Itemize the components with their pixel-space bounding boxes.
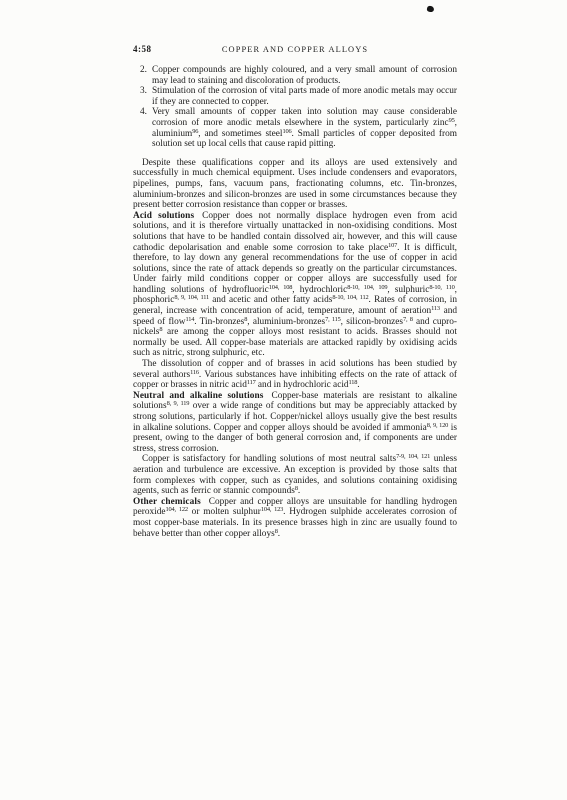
page-number: 4:58: [133, 44, 152, 54]
reference-superscript: 8-10, 104, 112: [332, 294, 368, 301]
list-item: 4.Very small amounts of copper taken int…: [133, 107, 457, 149]
reference-superscript: 8-10, 104, 109: [347, 284, 387, 291]
reference-superscript: 96: [192, 128, 198, 135]
reference-superscript: 106: [282, 128, 291, 135]
list-item-number: 3.: [140, 86, 152, 107]
section-paragraph: Neutral and alkaline solutionsCopper-bas…: [133, 391, 457, 455]
paragraph: The dissolution of copper and of brasses…: [133, 359, 457, 391]
list-item: 2.Copper compounds are highly coloured, …: [133, 65, 457, 86]
reference-superscript: 8-10, 110: [429, 284, 454, 291]
reference-superscript: 117: [247, 379, 256, 386]
reference-superscript: 8, 9, 104, 111: [174, 294, 209, 301]
scan-artifact: [426, 5, 434, 12]
reference-superscript: 7, 8: [403, 316, 413, 323]
section-paragraph: Other chemicalsCopper and copper alloys …: [133, 497, 457, 539]
reference-superscript: 8: [159, 326, 162, 333]
list-item-text: Very small amounts of copper taken into …: [152, 107, 457, 149]
page-content: 2.Copper compounds are highly coloured, …: [133, 65, 457, 539]
reference-superscript: 7, 115: [325, 316, 340, 323]
running-title: COPPER AND COPPER ALLOYS: [222, 45, 368, 54]
section-heading: Neutral and alkaline solutions: [133, 391, 272, 401]
reference-superscript: 7-9, 104, 121: [396, 453, 430, 460]
list-item-text: Copper compounds are highly coloured, an…: [152, 65, 457, 86]
reference-superscript: 107: [388, 242, 397, 249]
list-item-number: 2.: [140, 65, 152, 86]
reference-superscript: 104, 122: [166, 506, 188, 513]
reference-superscript: 95: [449, 117, 455, 124]
section-heading: Acid solutions: [133, 211, 202, 221]
reference-superscript: 113: [431, 305, 440, 312]
list-item-text: Stimulation of the corrosion of vital pa…: [152, 86, 457, 107]
reference-superscript: 8: [295, 485, 298, 492]
paragraph: Copper is satisfactory for handling solu…: [133, 454, 457, 496]
text-column: 4:58 COPPER AND COPPER ALLOYS 2.Copper c…: [133, 44, 457, 539]
paragraph: Despite these qualifications copper and …: [133, 158, 457, 211]
reference-superscript: 8, 9, 119: [167, 400, 190, 407]
reference-superscript: 104, 108: [269, 284, 293, 291]
list-item: 3.Stimulation of the corrosion of vital …: [133, 86, 457, 107]
reference-superscript: 8: [275, 528, 278, 535]
reference-superscript: 116: [190, 369, 199, 376]
list-item-number: 4.: [140, 107, 152, 149]
reference-superscript: 8: [244, 316, 247, 323]
book-page: 4:58 COPPER AND COPPER ALLOYS 2.Copper c…: [0, 0, 567, 800]
reference-superscript: 104, 123: [261, 506, 283, 513]
page-header: 4:58 COPPER AND COPPER ALLOYS: [133, 44, 457, 54]
reference-superscript: 114: [185, 316, 194, 323]
reference-superscript: 8, 9, 120: [427, 422, 448, 429]
reference-superscript: 118: [349, 379, 358, 386]
section-paragraph: Acid solutionsCopper does not normally d…: [133, 211, 457, 359]
